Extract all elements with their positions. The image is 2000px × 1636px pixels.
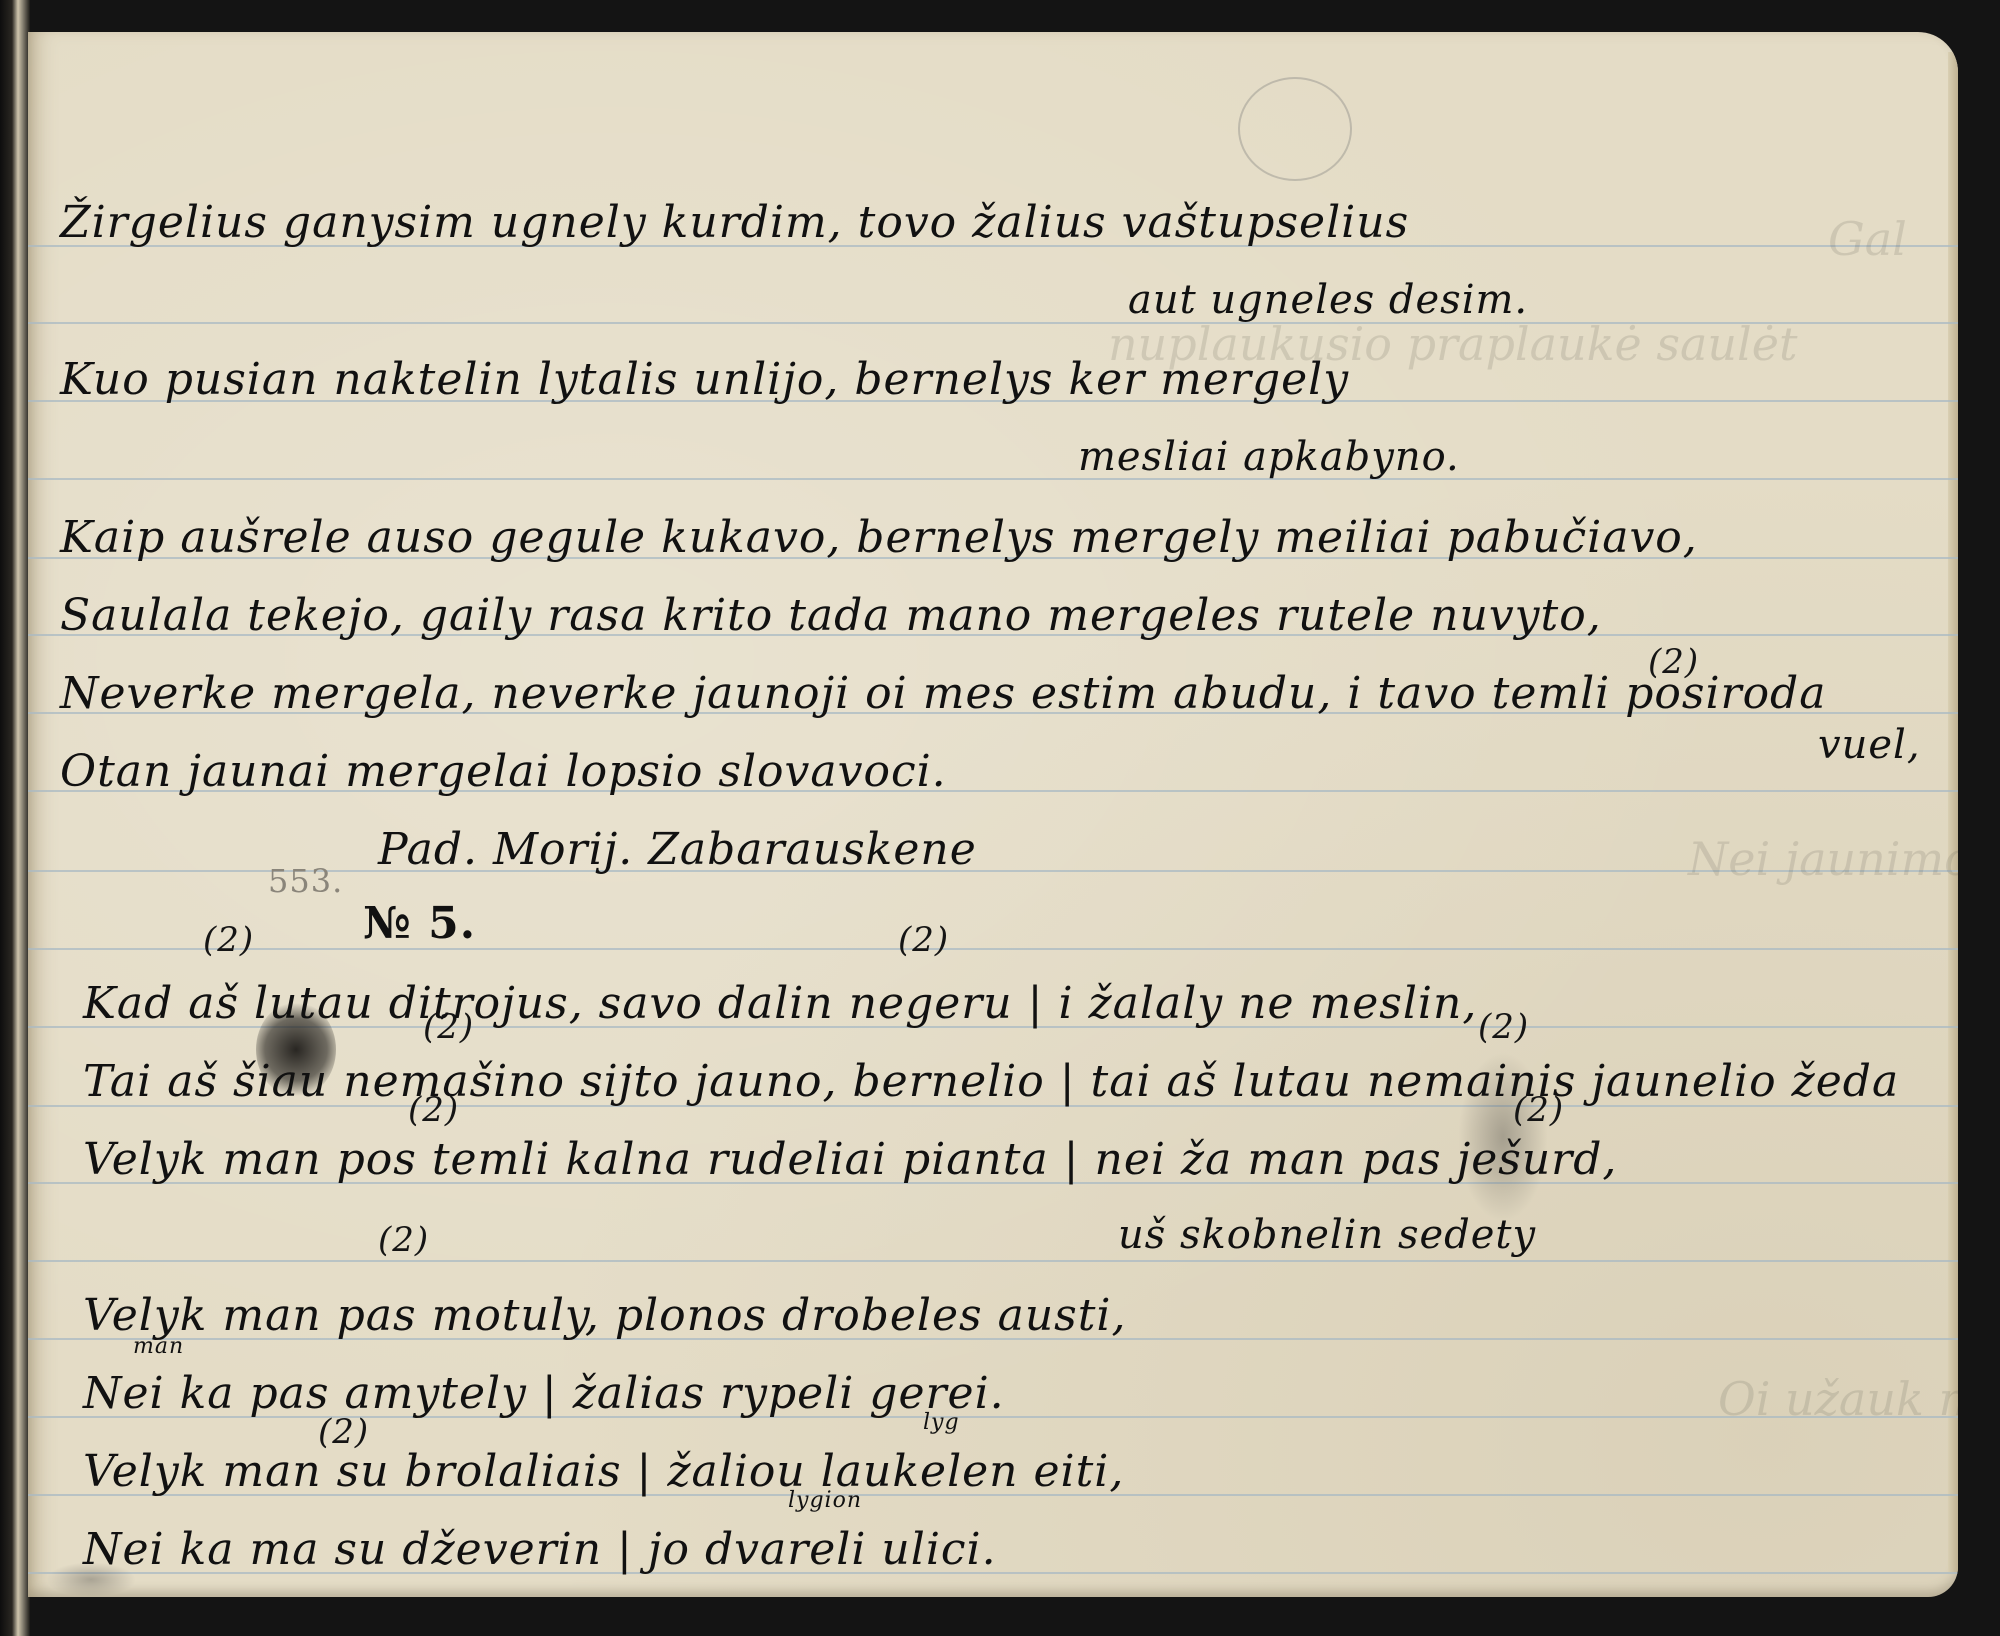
song1-line-5: Neverke mergela, neverke jaunoji oi mes … <box>60 668 1826 719</box>
song1-signature: Pad. Morij. Zabarauskene <box>378 824 977 875</box>
interlinear-note: lygion <box>788 1488 862 1513</box>
song1-line-5-continuation: vuel, <box>1818 722 1921 768</box>
ruled-line <box>28 478 1958 480</box>
song1-line-2: Kuo pusian naktelin lytalis unlijo, bern… <box>60 354 1349 405</box>
song2-line-2: Tai aš šiau nemašino sijto jauno, bernel… <box>83 1056 1899 1107</box>
ruled-line <box>28 948 1958 950</box>
song1-line-1: Žirgelius ganysim ugnely kurdim, tovo ža… <box>60 197 1409 248</box>
bleed-through-text: Gal <box>1828 212 1907 266</box>
song2-line-1: Kad aš lutau ditrojus, savo dalin negeru… <box>83 978 1477 1029</box>
song1-line-4: Saulala tekejo, gaily rasa krito tada ma… <box>60 590 1602 641</box>
bleed-through-text: Oi užauk mane <box>1718 1372 1958 1426</box>
song1-line-3: Kaip aušrele auso gegule kukavo, bernely… <box>60 512 1698 563</box>
repeat-marker: (2) <box>203 920 254 960</box>
song1-line-1-continuation: aut ugneles desim. <box>1128 277 1528 323</box>
ruled-line <box>28 1260 1958 1262</box>
song2-line-4: Velyk man pas motuly, plonos drobeles au… <box>83 1290 1126 1341</box>
repeat-marker: (2) <box>1478 1007 1529 1047</box>
song2-line-3-continuation: uš skobnelin sedety <box>1118 1212 1536 1258</box>
interlinear-note: man <box>133 1334 184 1359</box>
archive-number: 553. <box>268 862 343 900</box>
song2-line-7: Nei ka ma su dževerin | jo dvareli ulici… <box>83 1524 997 1575</box>
song1-line-6: Otan jaunai mergelai lopsio slovavoci. <box>60 746 947 797</box>
notebook-page: Gal nuplaukusio praplaukė saulėt Nei jau… <box>28 32 1958 1597</box>
song2-line-3: Velyk man pos temli kalna rudeliai piant… <box>83 1134 1617 1185</box>
interlinear-note: lyg <box>923 1410 960 1435</box>
notebook-spine <box>0 0 30 1636</box>
song-number: № 5. <box>363 898 476 949</box>
page-edge <box>1948 52 1958 1572</box>
song2-line-5: Nei ka pas amytely | žalias rypeli gerei… <box>83 1368 1005 1419</box>
repeat-marker: (2) <box>378 1220 429 1260</box>
pencil-circle-mark <box>1238 77 1352 181</box>
bleed-through-text: Nei jaunimo <box>1688 832 1958 886</box>
song2-line-6: Velyk man su brolaliais | žaliou laukele… <box>83 1446 1124 1497</box>
song1-line-2-continuation: mesliai apkabyno. <box>1078 434 1460 480</box>
repeat-marker: (2) <box>898 920 949 960</box>
